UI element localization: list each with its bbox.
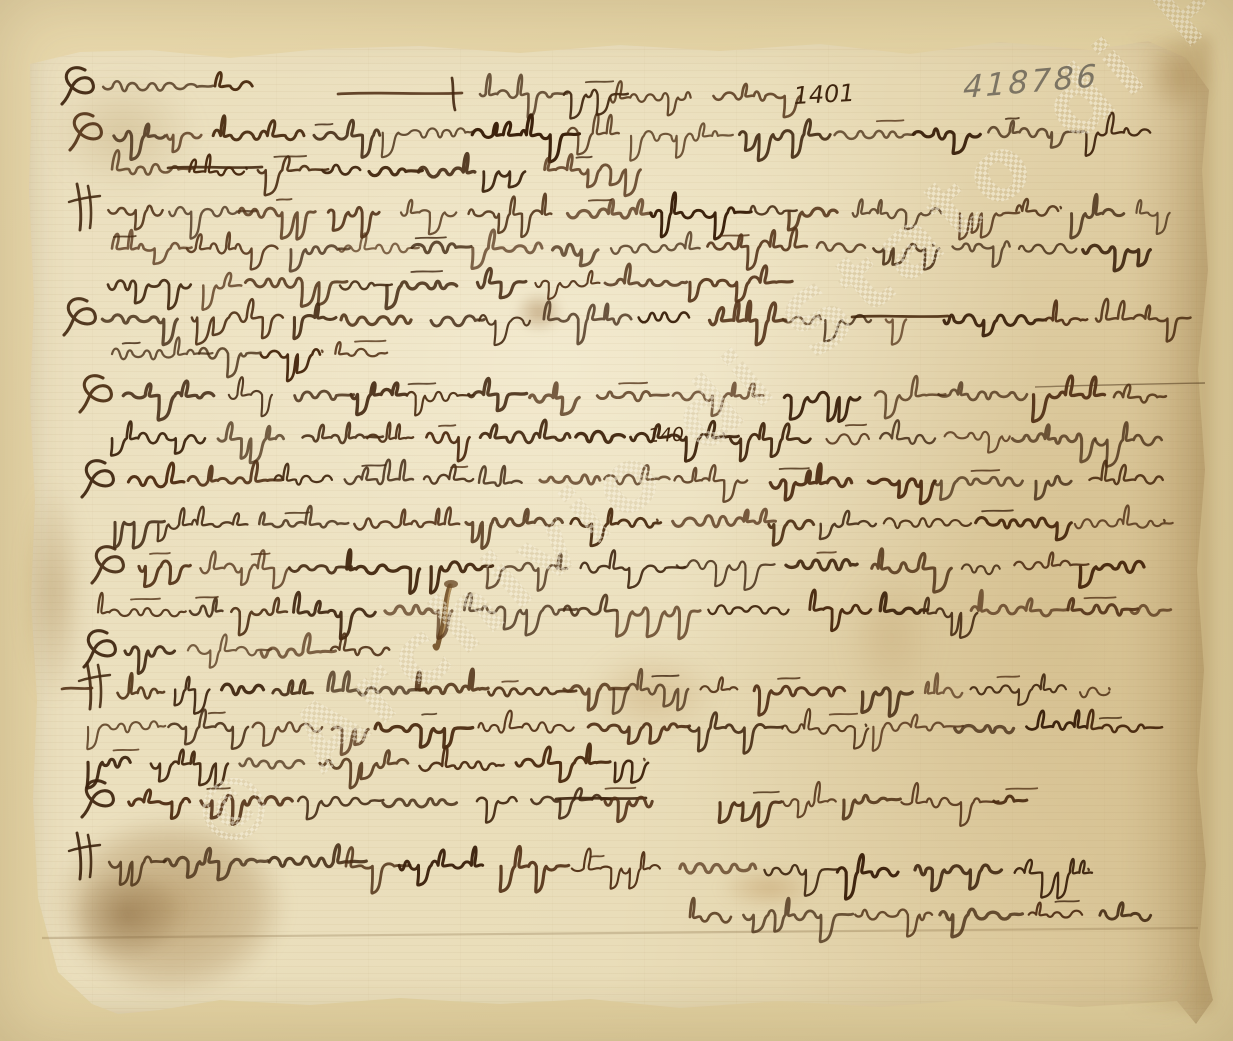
inline-number-140: 140 xyxy=(647,424,684,447)
manuscript-scan: 1401 140 © Archivio di Stato di Prato 41… xyxy=(0,0,1233,1041)
fold-crease-bottom xyxy=(42,928,1198,938)
handwriting-ink-layer: 1401 140 xyxy=(0,0,1233,1041)
handwriting-strokes xyxy=(62,68,1190,942)
heading-year-1401: 1401 xyxy=(793,79,855,110)
fold-crease-right xyxy=(1035,383,1205,387)
thread-knot xyxy=(444,580,458,588)
